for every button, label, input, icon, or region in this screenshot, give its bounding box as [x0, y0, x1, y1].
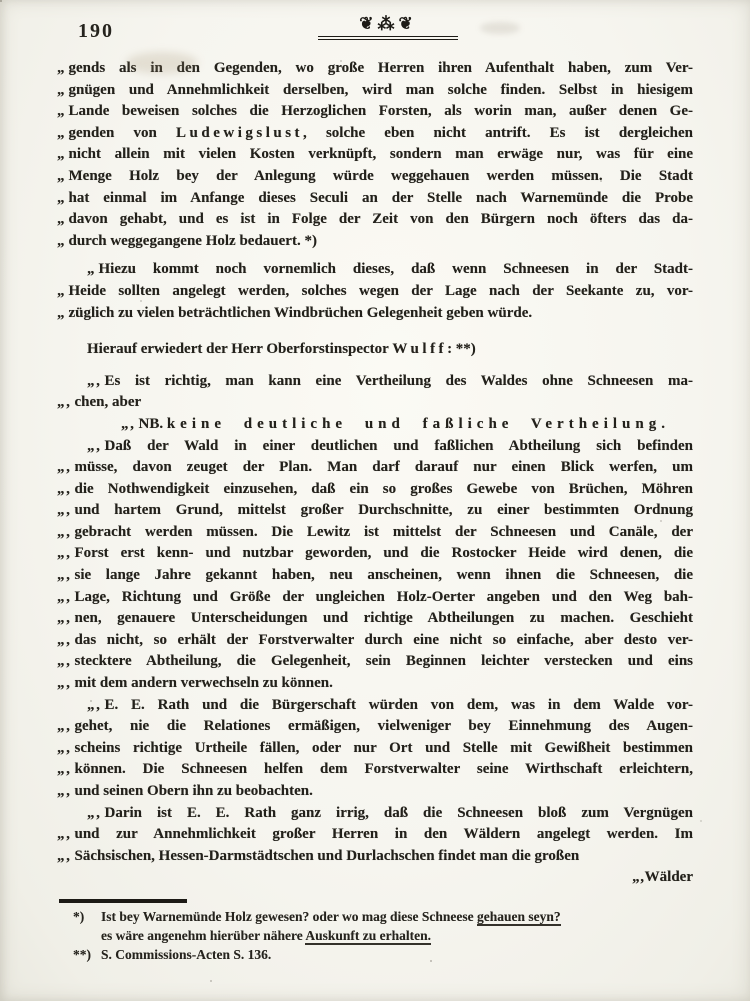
ink-smudge-decoration	[480, 22, 520, 34]
text-line: „‚und zur Annehmlichkeit großer Herren i…	[57, 824, 693, 846]
text-line: „Hiezu kommt noch vornemlich dieses, daß…	[57, 259, 693, 281]
quotation-marks: „‚	[57, 848, 75, 864]
quotation-marks: „‚	[121, 416, 139, 432]
text-line: „Heide sollten angelegt werden, solches …	[57, 281, 693, 303]
text-run: Menge Holz bey der Anlegung würde weggeh…	[69, 168, 694, 184]
hand-underlined-text: Auskunft zu erhalten.	[305, 928, 431, 945]
letterspaced-text: keine deutliche und faßliche Vertheilung…	[167, 416, 670, 432]
text-line: „‚Wälder	[57, 867, 693, 889]
text-line: „‚NB. keine deutliche und faßliche Verth…	[57, 414, 693, 436]
quotation-marks: „	[57, 82, 69, 98]
text-run: Wälder	[645, 869, 693, 885]
quotation-marks: „	[57, 305, 69, 321]
text-run: scheins richtige Urtheile fällen, oder n…	[75, 740, 694, 756]
quotation-marks: „	[57, 125, 69, 141]
text-run: Forst erst kenn- und nutzbar geworden, u…	[75, 545, 694, 561]
text-line: „Lande beweisen solches die Herzoglichen…	[57, 101, 693, 123]
quotation-marks: „‚	[57, 502, 75, 518]
text-run: durch weggegangene Holz bedauert. *)	[69, 233, 317, 249]
quotation-marks: „‚	[57, 675, 75, 691]
quotation-marks: „‚	[57, 567, 75, 583]
quotation-marks: „	[57, 190, 69, 206]
text-run: genden von	[69, 125, 177, 141]
quotation-marks: „	[57, 233, 69, 249]
footnote-marker: **)	[73, 946, 101, 965]
text-run: und hartem Grund, mittelst großer Durchs…	[75, 502, 694, 518]
quotation-marks: „	[57, 146, 69, 162]
letterspaced-text: Ludewigslust	[176, 125, 303, 141]
text-run: und seinen Obern ihn zu beobachten.	[75, 783, 313, 799]
text-run: nicht allein mit vielen Kosten verknüpft…	[69, 146, 694, 162]
quotation-marks: „‚	[57, 459, 75, 475]
text-run: und zur Annehmlichkeit großer Herren in …	[75, 826, 694, 842]
text-run: Es ist richtig, man kann eine Vertheilun…	[105, 373, 694, 389]
page-number: 190	[78, 20, 114, 43]
quotation-marks: „‚	[87, 697, 105, 713]
text-run: : **)	[447, 341, 476, 357]
quotation-marks: „‚	[57, 589, 75, 605]
text-line: „‚die Nothwendigkeit einzusehen, daß ein…	[57, 479, 693, 501]
quotation-marks: „‚	[87, 438, 105, 454]
text-line: „‚chen, aber	[57, 392, 693, 414]
quotation-marks: „‚	[57, 653, 75, 669]
text-run: Daß der Wald in einer deutlichen und faß…	[105, 438, 694, 454]
quotation-marks: „	[57, 283, 69, 299]
text-line: „hat einmal im Anfange dieses Seculi an …	[57, 188, 693, 210]
quotation-marks: „‚	[57, 481, 75, 497]
text-line: „‚sie lange Jahre gekannt haben, neu ans…	[57, 565, 693, 587]
quotation-marks: „‚	[57, 740, 75, 756]
quotation-marks: „‚	[57, 545, 75, 561]
quotation-marks: „	[87, 261, 99, 277]
text-run: gehet, nie die Relationes ermäßigen, vie…	[75, 718, 694, 734]
header-ornament-icon: ❦⁂❦	[318, 14, 458, 40]
quotation-marks: „‚	[57, 610, 75, 626]
text-run: Hierauf erwiedert der Herr Oberforstinsp…	[87, 341, 392, 357]
quotation-marks: „‚	[57, 394, 75, 410]
text-line: „‚Sächsischen, Hessen-Darmstädtschen und…	[57, 846, 693, 868]
text-run: müsse, davon zeuget der Plan. Man darf d…	[75, 459, 694, 475]
text-run: „‚	[632, 869, 645, 885]
quotation-marks: „	[57, 211, 69, 227]
text-line: „‚Forst erst kenn- und nutzbar geworden,…	[57, 543, 693, 565]
footnotes: *)Ist bey Warnemünde Holz gewesen? oder …	[57, 908, 693, 964]
text-run: die Nothwendigkeit einzusehen, daß ein s…	[75, 481, 694, 497]
body-lines: „gends als in den Gegenden, wo große Her…	[57, 58, 693, 889]
quotation-marks: „‚	[57, 761, 75, 777]
text-run: davon gehabt, und es ist in Folge der Ze…	[69, 211, 694, 227]
text-line: „‚gebracht werden müssen. Die Lewitz ist…	[57, 522, 693, 544]
text-run: Sächsischen, Hessen-Darmstädtschen und D…	[75, 848, 580, 864]
quotation-marks: „‚	[87, 805, 105, 821]
footnote-line: **)S. Commissions-Acten S. 136.	[57, 946, 693, 965]
text-run: gends als in den Gegenden, wo große Herr…	[69, 60, 694, 76]
text-line: „genden von Ludewigslust, solche eben ni…	[57, 123, 693, 145]
text-line: „‚Darin ist E. E. Rath ganz irrig, daß d…	[57, 803, 693, 825]
text-line: „züglich zu vielen beträchtlichen Windbr…	[57, 303, 693, 325]
quotation-marks: „‚	[57, 632, 75, 648]
text-line: „‚und hartem Grund, mittelst großer Durc…	[57, 500, 693, 522]
text-run: NB.	[139, 416, 167, 432]
text-line: „‚und seinen Obern ihn zu beobachten.	[57, 781, 693, 803]
text-line: „‚nen, genauere Unterscheidungen und ric…	[57, 608, 693, 630]
text-run: , solche eben nicht antrift. Es ist derg…	[303, 125, 693, 141]
text-run: hat einmal im Anfange dieses Seculi an d…	[69, 190, 694, 206]
text-run: Darin ist E. E. Rath ganz irrig, daß die…	[105, 805, 694, 821]
quotation-marks: „‚	[57, 826, 75, 842]
text-run: Hiezu kommt noch vornemlich dieses, daß …	[99, 261, 694, 277]
text-run: Heide sollten angelegt werden, solches w…	[69, 283, 694, 299]
text-line: „‚scheins richtige Urtheile fällen, oder…	[57, 738, 693, 760]
paper-speck-decoration	[0, 0, 2, 2]
text-line: „‚gehet, nie die Relationes ermäßigen, v…	[57, 716, 693, 738]
body-text-column: „gends als in den Gegenden, wo große Her…	[57, 58, 693, 964]
text-line: „‚Lage, Richtung und Größe der ungleiche…	[57, 587, 693, 609]
footnote-line: es wäre angenehm hierüber nähere Auskunf…	[57, 927, 693, 946]
text-line: „gends als in den Gegenden, wo große Her…	[57, 58, 693, 80]
footnote-marker: *)	[73, 908, 101, 927]
text-line: „‚müsse, davon zeuget der Plan. Man darf…	[57, 457, 693, 479]
text-run: stecktere Abtheilung, die Gelegenheit, s…	[75, 653, 694, 669]
text-line: „nicht allein mit vielen Kosten verknüpf…	[57, 144, 693, 166]
text-line: „davon gehabt, und es ist in Folge der Z…	[57, 209, 693, 231]
footnote-line: *)Ist bey Warnemünde Holz gewesen? oder …	[57, 908, 693, 927]
text-line: „‚können. Die Schneesen helfen dem Forst…	[57, 759, 693, 781]
text-run: gebracht werden müssen. Die Lewitz ist m…	[75, 524, 694, 540]
quotation-marks: „‚	[57, 524, 75, 540]
quotation-marks: „‚	[87, 373, 105, 389]
text-run: Lande beweisen solches die Herzoglichen …	[69, 103, 694, 119]
text-run: können. Die Schneesen helfen dem Forstve…	[75, 761, 694, 777]
text-line: „‚das nicht, so erhält der Forstverwalte…	[57, 630, 693, 652]
text-run: züglich zu vielen beträchtlichen Windbrü…	[69, 305, 533, 321]
text-line: „‚Daß der Wald in einer deutlichen und f…	[57, 436, 693, 458]
text-line: Hierauf erwiedert der Herr Oberforstinsp…	[57, 339, 693, 361]
quotation-marks: „‚	[57, 783, 75, 799]
text-run: mit dem andern verwechseln zu können.	[75, 675, 333, 691]
text-run: das nicht, so erhält der Forstverwalter …	[75, 632, 694, 648]
text-run: sie lange Jahre gekannt haben, neu ansch…	[75, 567, 694, 583]
text-run: E. E. Rath und die Bürgerschaft würden v…	[105, 697, 694, 713]
text-run: S. Commissions-Acten S. 136.	[101, 947, 271, 962]
letterspaced-text: Wulff	[392, 341, 447, 357]
text-line: „‚Es ist richtig, man kann eine Vertheil…	[57, 371, 693, 393]
quotation-marks: „	[57, 168, 69, 184]
text-run: nen, genauere Unterscheidungen und richt…	[75, 610, 694, 626]
text-run: Ist bey Warnemünde Holz gewesen? oder wo…	[101, 909, 477, 924]
text-run: gnügen und Annehmlichkeit derselben, wir…	[69, 82, 694, 98]
text-run: Lage, Richtung und Größe der ungleichen …	[75, 589, 694, 605]
text-line: „gnügen und Annehmlichkeit derselben, wi…	[57, 80, 693, 102]
text-line: „Menge Holz bey der Anlegung würde wegge…	[57, 166, 693, 188]
quotation-marks: „	[57, 60, 69, 76]
quotation-marks: „	[57, 103, 69, 119]
text-line: „durch weggegangene Holz bedauert. *)	[57, 231, 693, 253]
text-run: es wäre angenehm hierüber nähere	[101, 928, 305, 943]
quotation-marks: „‚	[57, 718, 75, 734]
footnote-separator-rule	[59, 899, 187, 903]
text-line: „‚mit dem andern verwechseln zu können.	[57, 673, 693, 695]
scanned-book-page: 190 ❦⁂❦ „gends als in den Gegenden, wo g…	[0, 0, 750, 1001]
text-line: „‚E. E. Rath und die Bürgerschaft würden…	[57, 695, 693, 717]
text-run: chen, aber	[75, 394, 142, 410]
text-line: „‚stecktere Abtheilung, die Gelegenheit,…	[57, 651, 693, 673]
hand-underlined-text: gehauen seyn?	[477, 909, 561, 926]
